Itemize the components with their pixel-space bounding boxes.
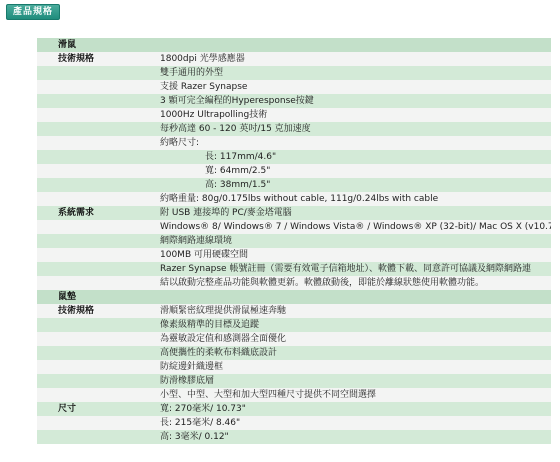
row-label [37,430,160,444]
spec-row: 網際網路連線環境 [37,234,551,248]
row-value: 支援 Razer Synapse [160,80,551,94]
row-value: 1000Hz Ultrapolling技術 [160,108,551,122]
row-label [37,360,160,374]
spec-row: 小型、中型、大型和加大型四種尺寸提供不同空間選擇 [37,388,551,402]
row-label [37,262,160,276]
row-value: 3 顆可完全編程的Hyperesponse按鍵 [160,94,551,108]
row-label [37,108,160,122]
row-label [37,94,160,108]
row-label [37,248,160,262]
row-label: 滑鼠 [37,38,160,52]
row-label: 技術規格 [37,304,160,318]
spec-row: 像素級精準的目標及追蹤 [37,318,551,332]
section-header-row: 滑鼠 [37,38,551,52]
spec-row: 3 顆可完全編程的Hyperesponse按鍵 [37,94,551,108]
spec-row: 防綻邊針織邊框 [37,360,551,374]
row-value: 滑順緊密紋理提供滑鼠極速奔馳 [160,304,551,318]
spec-row: 高便攜性的柔軟布料織底設計 [37,346,551,360]
row-label [37,332,160,346]
row-label [37,388,160,402]
spec-row: 尺寸寬: 270毫米/ 10.73" [37,402,551,416]
row-label [37,416,160,430]
row-value: 為靈敏設定值和感測器全面優化 [160,332,551,346]
row-label [37,136,160,150]
row-value: Razer Synapse 帳號註冊（需要有效電子信箱地址）、軟體下載、同意許可… [160,262,551,276]
row-label [37,318,160,332]
row-value: 約略重量: 80g/0.175lbs without cable, 111g/0… [160,192,551,206]
spec-row: 結以啟動完整產品功能與軟體更新。軟體啟動後，即能於離線狀態使用軟體功能。 [37,276,551,290]
row-value: 每秒高達 60 - 120 英吋/15 克加速度 [160,122,551,136]
row-label: 尺寸 [37,402,160,416]
row-value: 小型、中型、大型和加大型四種尺寸提供不同空間選擇 [160,388,551,402]
spec-row: 技術規格1800dpi 光學感應器 [37,52,551,66]
spec-row: 約略重量: 80g/0.175lbs without cable, 111g/0… [37,192,551,206]
row-label [37,122,160,136]
row-label [37,164,160,178]
row-value: 長: 117mm/4.6" [160,150,551,164]
row-value: 像素級精準的目標及追蹤 [160,318,551,332]
product-spec-badge: 產品規格 [6,4,60,20]
row-label [37,80,160,94]
spec-row: 技術規格滑順緊密紋理提供滑鼠極速奔馳 [37,304,551,318]
spec-row: 寬: 64mm/2.5" [37,164,551,178]
row-value: 高: 38mm/1.5" [160,178,551,192]
spec-row: 長: 215毫米/ 8.46" [37,416,551,430]
row-label: 技術規格 [37,52,160,66]
row-label [37,276,160,290]
row-value: 防綻邊針織邊框 [160,360,551,374]
row-label: 鼠墊 [37,290,160,304]
row-value: Windows® 8/ Windows® 7 / Windows Vista® … [160,220,551,234]
spec-row: 約略尺寸: [37,136,551,150]
row-value: 1800dpi 光學感應器 [160,52,551,66]
spec-row: Razer Synapse 帳號註冊（需要有效電子信箱地址）、軟體下載、同意許可… [37,262,551,276]
spec-row: 每秒高達 60 - 120 英吋/15 克加速度 [37,122,551,136]
section-header-row: 鼠墊 [37,290,551,304]
row-value: 長: 215毫米/ 8.46" [160,416,551,430]
spec-row: 100MB 可用硬碟空間 [37,248,551,262]
row-value: 雙手通用的外型 [160,66,551,80]
row-value: 高便攜性的柔軟布料織底設計 [160,346,551,360]
spec-row: 高: 38mm/1.5" [37,178,551,192]
row-value: 寬: 270毫米/ 10.73" [160,402,551,416]
row-value: 結以啟動完整產品功能與軟體更新。軟體啟動後，即能於離線狀態使用軟體功能。 [160,276,551,290]
row-value: 網際網路連線環境 [160,234,551,248]
row-label [37,234,160,248]
row-value [160,38,551,52]
row-value: 約略尺寸: [160,136,551,150]
row-label [37,150,160,164]
row-value: 寬: 64mm/2.5" [160,164,551,178]
spec-row: 長: 117mm/4.6" [37,150,551,164]
spec-table: 滑鼠技術規格1800dpi 光學感應器雙手通用的外型支援 Razer Synap… [37,38,551,444]
row-label [37,374,160,388]
row-value: 高: 3毫米/ 0.12" [160,430,551,444]
row-value: 100MB 可用硬碟空間 [160,248,551,262]
row-value [160,290,551,304]
row-value: 附 USB 連接埠的 PC/麥金塔電腦 [160,206,551,220]
spec-row: 防滑橡膠底層 [37,374,551,388]
row-value: 防滑橡膠底層 [160,374,551,388]
row-label [37,220,160,234]
spec-row: 支援 Razer Synapse [37,80,551,94]
spec-row: 1000Hz Ultrapolling技術 [37,108,551,122]
row-label [37,192,160,206]
spec-row: 雙手通用的外型 [37,66,551,80]
row-label [37,66,160,80]
spec-row: 為靈敏設定值和感測器全面優化 [37,332,551,346]
spec-row: 高: 3毫米/ 0.12" [37,430,551,444]
row-label [37,346,160,360]
row-label [37,178,160,192]
spec-row: 系統需求附 USB 連接埠的 PC/麥金塔電腦 [37,206,551,220]
row-label: 系統需求 [37,206,160,220]
spec-row: Windows® 8/ Windows® 7 / Windows Vista® … [37,220,551,234]
